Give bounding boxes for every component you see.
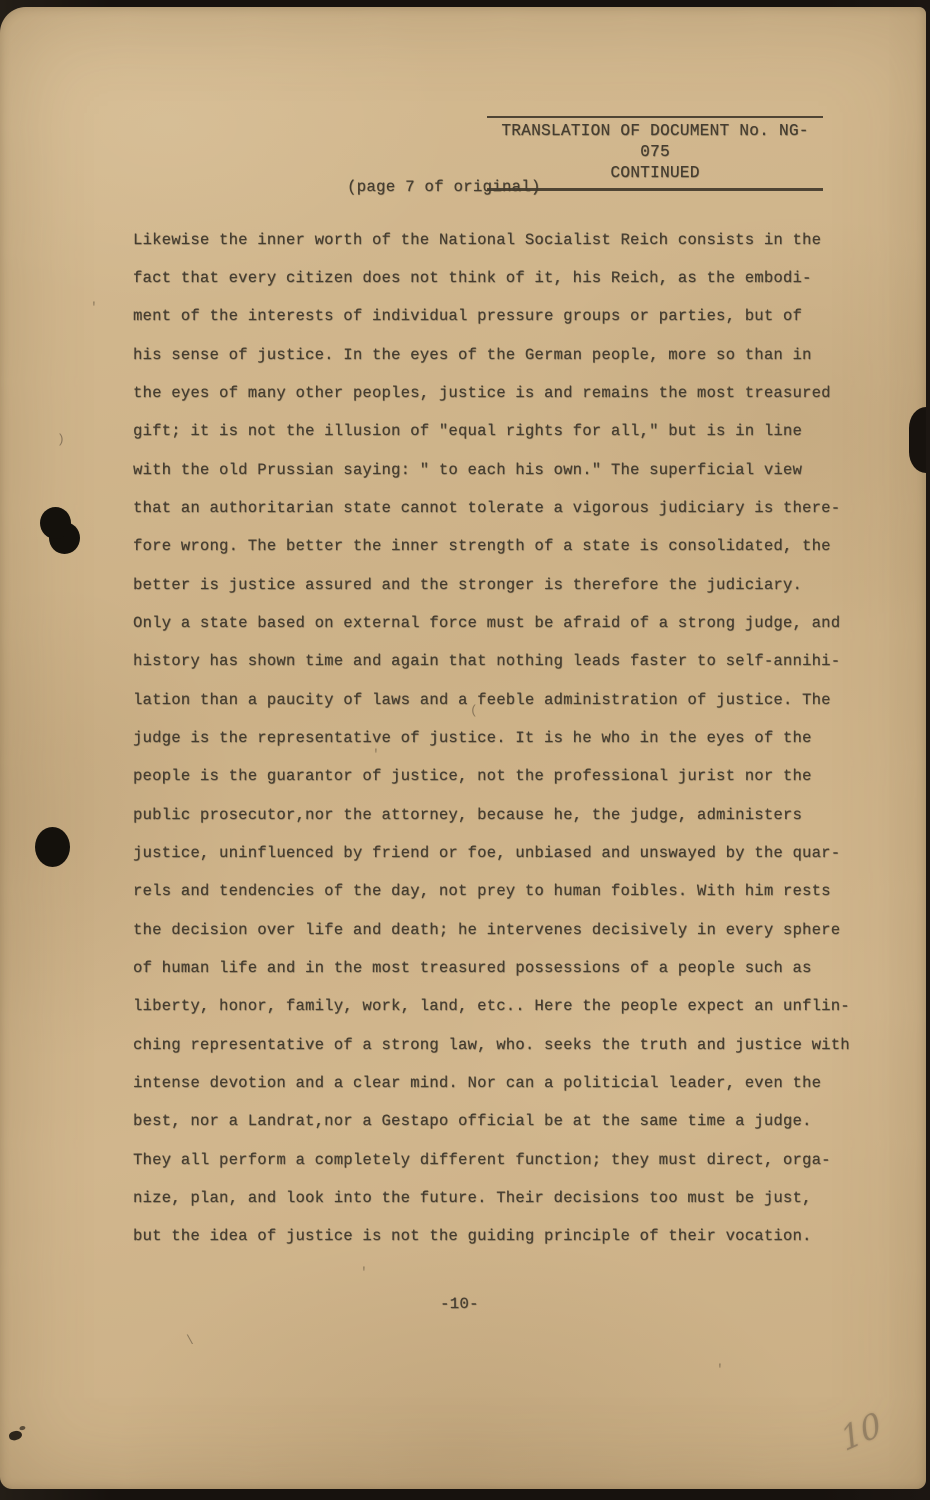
stray-mark: ′ [372, 747, 380, 762]
right-edge-tear [909, 407, 926, 473]
body-text: Likewise the inner worth of the National… [133, 221, 873, 1256]
stray-mark: ′ [716, 1362, 724, 1377]
hole-punch-bottom [35, 827, 70, 867]
page-number: -10- [440, 1295, 479, 1313]
document-page: TRANSLATION OF DOCUMENT No. NG-075 CONTI… [0, 7, 926, 1489]
stray-mark: ( [470, 703, 478, 718]
stray-mark: ′ [360, 1265, 368, 1280]
page-note: (page 7 of original) [347, 178, 541, 196]
stray-mark: ) [57, 432, 65, 447]
ink-speck [8, 1430, 23, 1442]
handwritten-page-number: 10 [836, 1404, 885, 1459]
scan-backdrop: TRANSLATION OF DOCUMENT No. NG-075 CONTI… [0, 0, 930, 1500]
header-title: TRANSLATION OF DOCUMENT No. NG-075 [487, 121, 823, 163]
stray-mark: ′ [90, 300, 98, 315]
hole-punch-top [40, 507, 71, 539]
stray-mark: \ [186, 1333, 194, 1348]
